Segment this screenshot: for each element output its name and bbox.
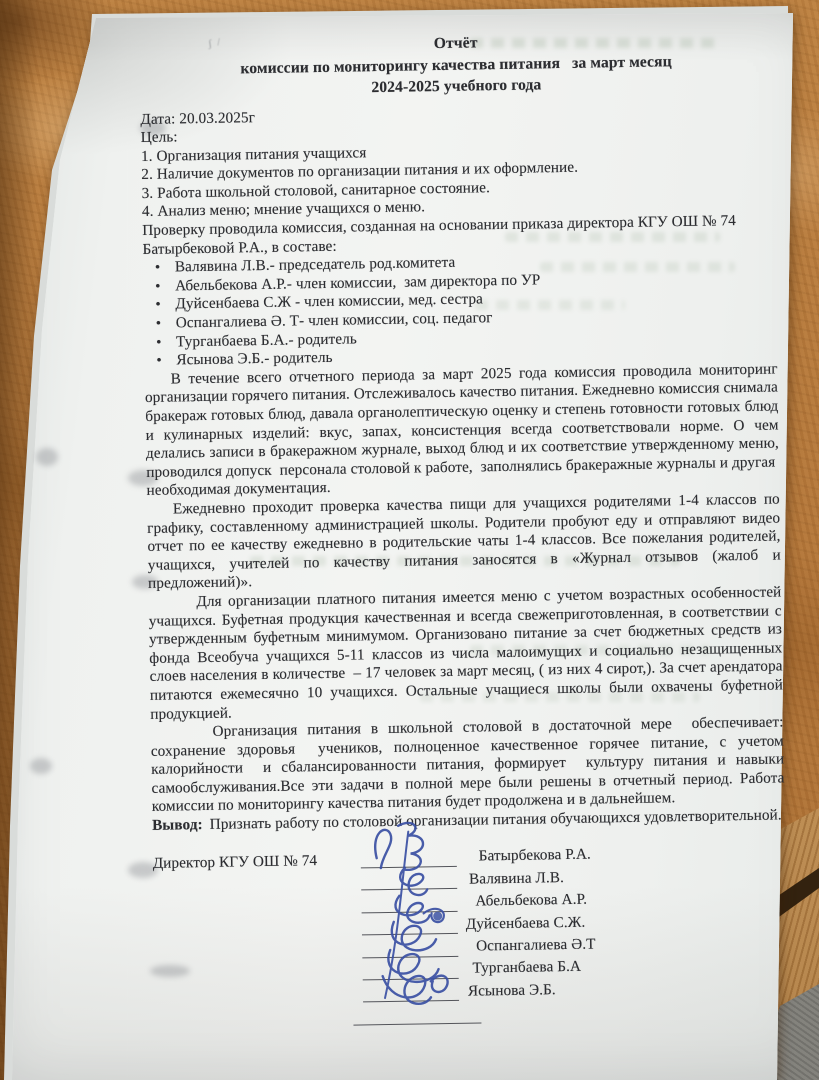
report-title: Отчёт комиссии по мониторингу качества п…: [139, 28, 773, 103]
photo-of-report-on-desk: ʃ / Отчёт комиссии по мониторингу качест…: [0, 0, 819, 1080]
conclusion-label: Вывод:: [152, 816, 203, 834]
signature-line: [362, 963, 458, 981]
signature-name: Батырбекова Р.А.: [457, 846, 591, 867]
signature-name: Ясынова Э.Б.: [459, 981, 556, 1001]
signature-line: [362, 918, 458, 936]
body-paragraph: Организация питания в школьной столовой …: [150, 714, 784, 817]
signature-name: Абельбекова А.Р.: [457, 891, 587, 912]
signature-rows: Батырбекова Р.А. Валявина Л.В. Абельбеко…: [360, 839, 788, 1025]
director-label: Директор КГУ ОШ № 74: [153, 846, 364, 1029]
body-paragraph: Ежедневно проходит проверка качества пищ…: [147, 490, 781, 593]
signature-line: [361, 851, 457, 869]
signature-name: Оспангалиева Ә.Т: [458, 936, 596, 957]
signature-line: [363, 985, 459, 1003]
signature-name: Дуйсенбаева С.Ж.: [458, 913, 586, 934]
report-content: Отчёт комиссии по мониторингу качества п…: [139, 24, 788, 1029]
commission-members-list: Валявина Л.В.- председатель род.комитета…: [143, 249, 778, 371]
signature-line: [361, 896, 457, 914]
signature-line: [361, 873, 457, 891]
signature-line: [362, 940, 458, 958]
body-paragraph: В течение всего отчетного периода за мар…: [145, 360, 780, 501]
body-paragraph: Для организации платного питания имеется…: [148, 583, 783, 724]
signature-line: [353, 1010, 481, 1025]
signature-name: Турганбаева Б.А: [458, 958, 581, 979]
signature-block: Директор КГУ ОШ № 74: [153, 839, 789, 1029]
signature-name: Валявина Л.В.: [457, 869, 564, 889]
